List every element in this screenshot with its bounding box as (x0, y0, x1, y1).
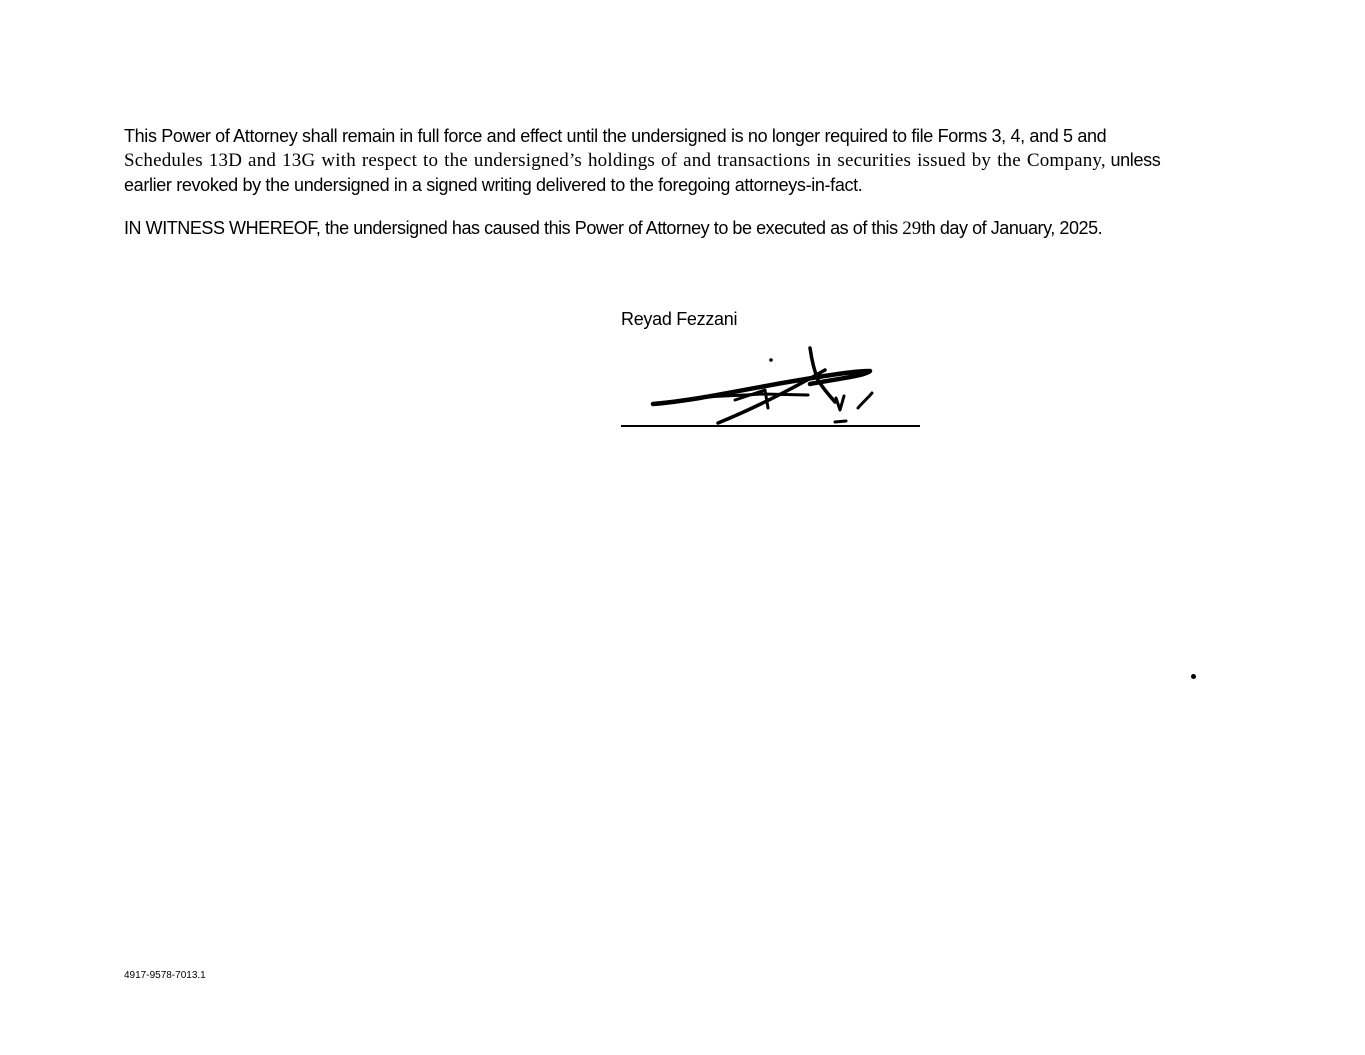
witness-day: 29 (902, 218, 921, 239)
handwritten-signature-icon (640, 340, 890, 432)
signature-line (621, 425, 920, 427)
term-line-3: earlier revoked by the undersigned in a … (124, 175, 862, 195)
term-line-1: This Power of Attorney shall remain in f… (124, 126, 1106, 146)
term-line-2-tail: unless (1106, 150, 1161, 170)
stray-mark (1191, 674, 1196, 679)
witness-date: th day of January, 2025. (921, 218, 1102, 238)
witness-text: IN WITNESS WHEREOF, the undersigned has … (124, 218, 902, 238)
term-line-2: Schedules 13D and 13G with respect to th… (124, 150, 1106, 171)
document-id: 4917-9578-7013.1 (124, 970, 206, 981)
signer-name: Reyad Fezzani (621, 309, 737, 330)
term-paragraph: This Power of Attorney shall remain in f… (124, 124, 1245, 197)
witness-paragraph: IN WITNESS WHEREOF, the undersigned has … (124, 216, 1245, 241)
